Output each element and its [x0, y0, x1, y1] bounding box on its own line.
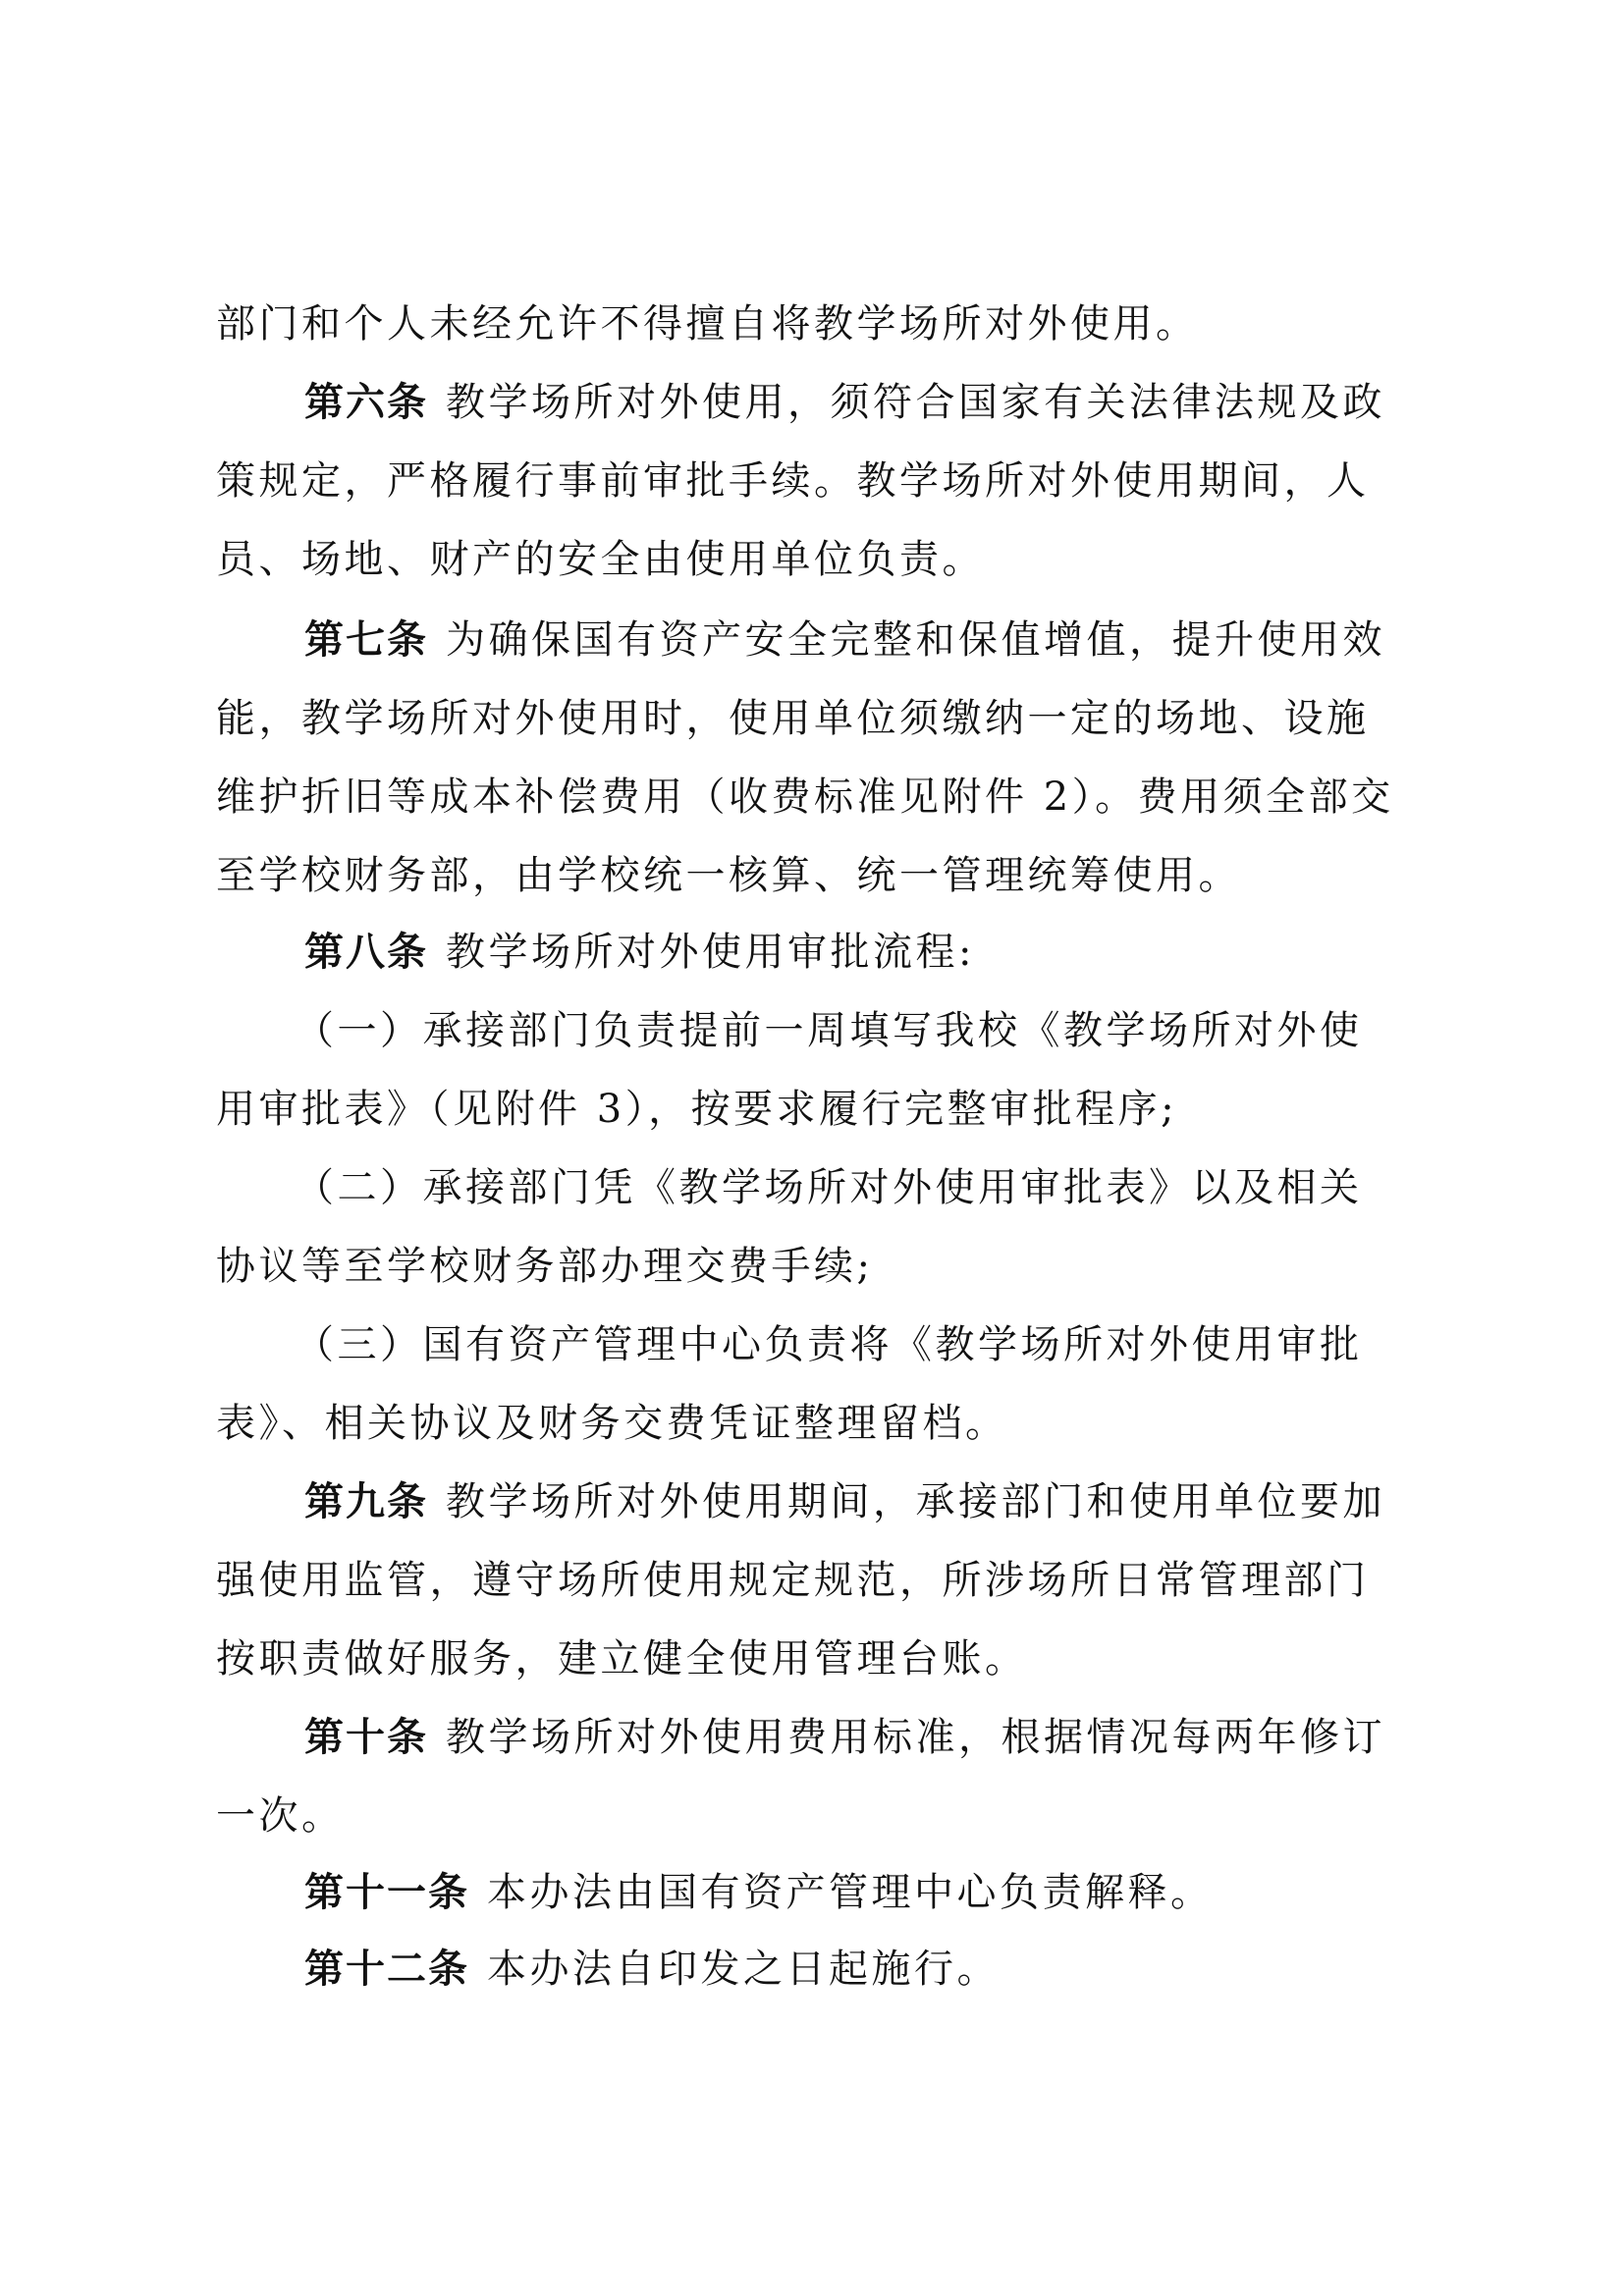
paragraph-line: 策规定，严格履行事前审批手续。教学场所对外使用期间，人 — [216, 452, 1370, 510]
line-text: （三）国有资产管理中心负责将《教学场所对外使用审批 — [295, 1322, 1363, 1367]
article-7: 第七条为确保国有资产安全完整和保值增值，提升使用效 — [304, 611, 1385, 669]
line-text: 为确保国有资产安全完整和保值增值，提升使用效 — [446, 617, 1385, 663]
line-text: 至学校财务部，由学校统一核算、统一管理统筹使用。 — [216, 853, 1241, 898]
line-text: 一次。 — [216, 1793, 345, 1839]
list-item-2: （二）承接部门凭《教学场所对外使用审批表》以及相关 — [295, 1158, 1363, 1217]
list-item-3: （三）国有资产管理中心负责将《教学场所对外使用审批 — [295, 1315, 1363, 1374]
line-text: 策规定，严格履行事前审批手续。教学场所对外使用期间，人 — [216, 458, 1370, 504]
list-item-1: （一）承接部门负责提前一周填写我校《教学场所对外使 — [295, 1001, 1363, 1060]
line-text: 员、场地、财产的安全由使用单位负责。 — [216, 537, 985, 582]
article-number: 第七条 — [304, 616, 428, 663]
paragraph-line: 按职责做好服务，建立健全使用管理台账。 — [216, 1629, 1028, 1688]
article-12: 第十二条本办法自印发之日起施行。 — [304, 1940, 1000, 1999]
line-text: 能，教学场所对外使用时，使用单位须缴纳一定的场地、设施 — [216, 696, 1370, 741]
line-text: 用审批表》（见附件 3），按要求履行完整审批程序; — [216, 1087, 1177, 1132]
article-8: 第八条教学场所对外使用审批流程: — [304, 923, 975, 982]
article-number: 第十条 — [304, 1714, 428, 1760]
article-10: 第十条教学场所对外使用费用标准，根据情况每两年修订 — [304, 1708, 1385, 1767]
line-text: （二）承接部门凭《教学场所对外使用审批表》以及相关 — [295, 1165, 1363, 1210]
line-text: 维护折旧等成本补偿费用（收费标准见附件 2）。费用须全部交 — [216, 774, 1394, 820]
line-text: 教学场所对外使用费用标准，根据情况每两年修订 — [446, 1715, 1385, 1760]
paragraph-line: 强使用监管，遵守场所使用规定规范，所涉场所日常管理部门 — [216, 1551, 1370, 1610]
article-number: 第六条 — [304, 379, 428, 425]
paragraph-line: 维护折旧等成本补偿费用（收费标准见附件 2）。费用须全部交 — [216, 768, 1394, 827]
line-text: 协议等至学校财务部办理交费手续; — [216, 1244, 873, 1289]
line-text: （一）承接部门负责提前一周填写我校《教学场所对外使 — [295, 1008, 1363, 1053]
paragraph-line: 一次。 — [216, 1787, 345, 1845]
line-text: 本办法由国有资产管理中心负责解释。 — [487, 1870, 1214, 1915]
paragraph-line: 能，教学场所对外使用时，使用单位须缴纳一定的场地、设施 — [216, 689, 1370, 748]
line-text: 部门和个人未经允许不得擅自将教学场所对外使用。 — [216, 301, 1199, 347]
article-9: 第九条教学场所对外使用期间，承接部门和使用单位要加 — [304, 1472, 1385, 1531]
paragraph-line: 用审批表》（见附件 3），按要求履行完整审批程序; — [216, 1080, 1177, 1139]
article-number: 第十一条 — [304, 1869, 469, 1915]
paragraph-line: 表》、相关协议及财务交费凭证整理留档。 — [216, 1394, 1008, 1453]
line-text: 教学场所对外使用，须符合国家有关法律法规及政 — [446, 380, 1385, 425]
article-number: 第八条 — [304, 929, 428, 975]
paragraph-line: 员、场地、财产的安全由使用单位负责。 — [216, 530, 985, 589]
line-text: 表》、相关协议及财务交费凭证整理留档。 — [216, 1401, 1008, 1446]
line-text: 教学场所对外使用审批流程: — [446, 930, 975, 975]
line-text: 强使用监管，遵守场所使用规定规范，所涉场所日常管理部门 — [216, 1558, 1370, 1603]
article-6: 第六条教学场所对外使用，须符合国家有关法律法规及政 — [304, 373, 1385, 432]
paragraph-line: 协议等至学校财务部办理交费手续; — [216, 1237, 873, 1296]
article-number: 第九条 — [304, 1478, 428, 1524]
article-number: 第十二条 — [304, 1946, 469, 1992]
line-text: 本办法自印发之日起施行。 — [487, 1947, 1000, 1992]
paragraph-line: 至学校财务部，由学校统一核算、统一管理统筹使用。 — [216, 846, 1241, 905]
paragraph-line: 部门和个人未经允许不得擅自将教学场所对外使用。 — [216, 294, 1199, 353]
line-text: 教学场所对外使用期间，承接部门和使用单位要加 — [446, 1479, 1385, 1524]
article-11: 第十一条本办法由国有资产管理中心负责解释。 — [304, 1863, 1214, 1922]
line-text: 按职责做好服务，建立健全使用管理台账。 — [216, 1636, 1028, 1682]
